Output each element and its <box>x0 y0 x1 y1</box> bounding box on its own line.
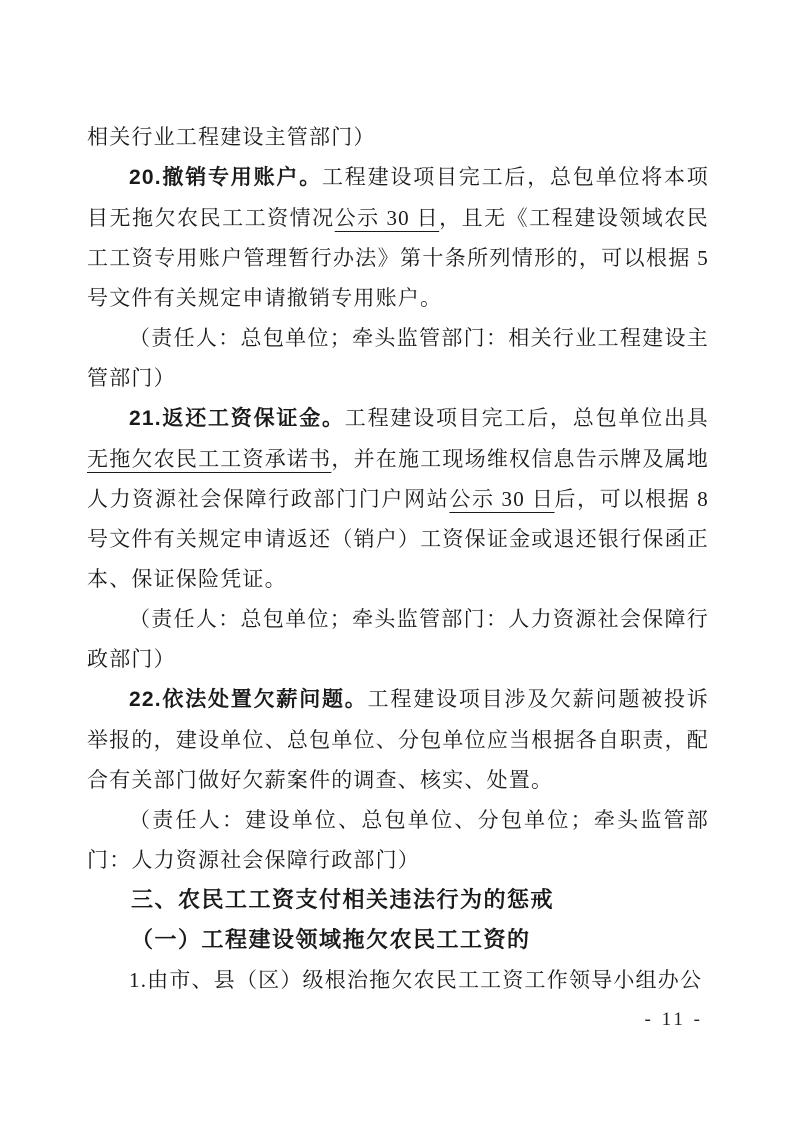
clause-21-responsibility-paragraph: （责任人：总包单位；牵头监管部门：人力资源社会保障行政部门） <box>87 599 709 679</box>
page-number: - 11 - <box>645 1008 703 1032</box>
clause-21-paragraph: 21.返还工资保证金。工程建设项目完工后，总包单位出具无拖欠农民工工资承诺书，并… <box>87 398 709 599</box>
clause-21-underline-2: 公示 30 日 <box>449 487 554 511</box>
clause-22-responsibility-text: （责任人：建设单位、总包单位、分包单位；牵头监管部门：人力资源社会保障行政部门） <box>87 808 709 872</box>
clause-20-title: 20.撤销专用账户。 <box>129 166 322 189</box>
paragraph-continuation: 相关行业工程建设主管部门） <box>87 117 709 157</box>
clause-21-underline-1: 无拖欠农民工工资承诺书 <box>87 447 331 471</box>
item-1-paragraph: 1.由市、县（区）级根治拖欠农民工工资工作领导小组办公 <box>87 960 709 1000</box>
clause-22-paragraph: 22.依法处置欠薪问题。工程建设项目涉及欠薪问题被投诉举报的，建设单位、总包单位… <box>87 679 709 800</box>
clause-20-responsibility-paragraph: （责任人：总包单位；牵头监管部门：相关行业工程建设主管部门） <box>87 318 709 398</box>
item-1-text: 1.由市、县（区）级根治拖欠农民工工资工作领导小组办公 <box>129 968 702 992</box>
clause-21-responsibility-text: （责任人：总包单位；牵头监管部门：人力资源社会保障行政部门） <box>87 607 709 671</box>
clause-20-underline-1: 公示 30 日 <box>335 206 439 230</box>
section-3-heading: 三、农民工工资支付相关违法行为的惩戒 <box>87 880 709 920</box>
document-page: 相关行业工程建设主管部门） 20.撤销专用账户。工程建设项目完工后，总包单位将本… <box>0 0 793 1122</box>
clause-22-title: 22.依法处置欠薪问题。 <box>129 688 368 711</box>
clause-21-title: 21.返还工资保证金。 <box>129 407 345 430</box>
clause-20-responsibility-text: （责任人：总包单位；牵头监管部门：相关行业工程建设主管部门） <box>87 326 709 390</box>
clause-21-text-1: 工程建设项目完工后，总包单位出具 <box>345 406 709 430</box>
section-3-subheading-1: （一）工程建设领域拖欠农民工工资的 <box>87 920 709 960</box>
clause-22-responsibility-paragraph: （责任人：建设单位、总包单位、分包单位；牵头监管部门：人力资源社会保障行政部门） <box>87 800 709 880</box>
continuation-text: 相关行业工程建设主管部门） <box>87 125 376 149</box>
page-content: 相关行业工程建设主管部门） 20.撤销专用账户。工程建设项目完工后，总包单位将本… <box>87 117 709 1000</box>
clause-20-paragraph: 20.撤销专用账户。工程建设项目完工后，总包单位将本项目无拖欠农民工工资情况公示… <box>87 157 709 318</box>
